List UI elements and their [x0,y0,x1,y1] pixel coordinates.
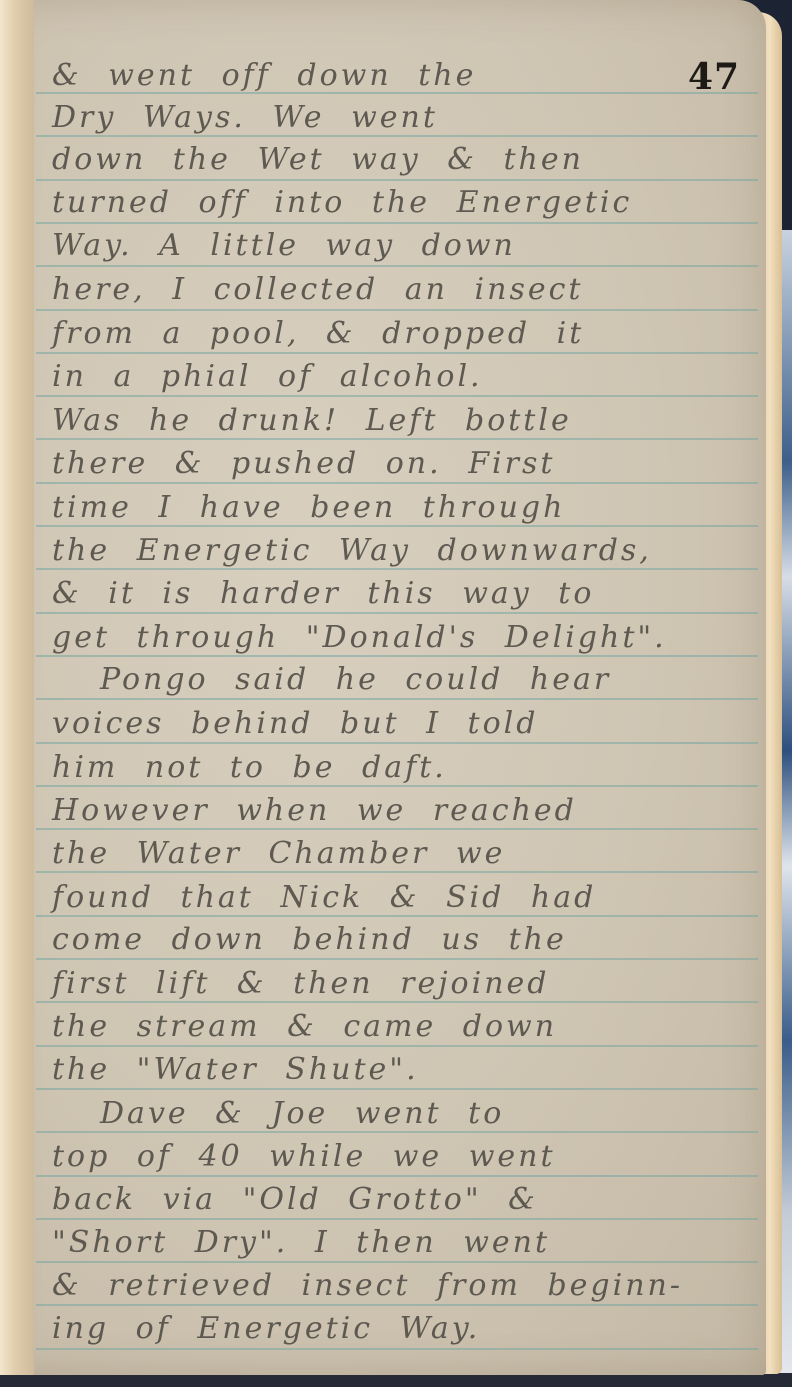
text-line: Dry Ways. We went [52,100,752,135]
text-line: "Short Dry". I then went [52,1225,752,1260]
text-line: Way. A little way down [52,228,752,263]
ruled-line [36,482,758,484]
text-line: time I have been through [52,490,752,525]
text-line: him not to be daft. [52,750,752,785]
text-line: voices behind but I told [52,706,752,741]
text-line: the "Water Shute". [52,1052,752,1087]
ruled-line [36,438,758,440]
ruled-line [36,742,758,744]
ruled-line [36,1261,758,1263]
ruled-line [36,958,758,960]
text-line: the Water Chamber we [52,836,752,871]
text-line: & it is harder this way to [52,576,752,611]
ruled-line [36,828,758,830]
ruled-line [36,568,758,570]
ruled-line [36,1001,758,1003]
text-line: & retrieved insect from beginn- [52,1268,752,1303]
text-line: the stream & came down [52,1009,752,1044]
ruled-line [36,1304,758,1306]
ruled-line [36,1218,758,1220]
ruled-line [36,525,758,527]
text-line: in a phial of alcohol. [52,359,752,394]
ruled-line [36,612,758,614]
ruled-line [36,1175,758,1177]
page-binding-margin [0,0,34,1375]
text-line: there & pushed on. First [52,446,752,481]
text-line: However when we reached [52,793,752,828]
ruled-line [36,222,758,224]
ruled-line [36,265,758,267]
text-line: back via "Old Grotto" & [52,1182,752,1217]
ruled-line [36,698,758,700]
text-line: Pongo said he could hear [100,662,792,697]
text-line: ing of Energetic Way. [52,1311,752,1346]
background-cloth-bottom [0,1373,792,1387]
ruled-line [36,395,758,397]
ruled-line [36,135,758,137]
text-line: Dave & Joe went to [100,1096,792,1131]
text-line: down the Wet way & then [52,142,752,177]
text-line: found that Nick & Sid had [52,880,752,915]
text-line: Was he drunk! Left bottle [52,403,752,438]
text-line: first lift & then rejoined [52,966,752,1001]
ruled-line [36,179,758,181]
ruled-line [36,1131,758,1133]
ruled-line [36,1088,758,1090]
ruled-line [36,785,758,787]
text-line: turned off into the Energetic [52,185,752,220]
text-line: & went off down the [52,58,752,93]
ruled-line [36,352,758,354]
ruled-line [36,309,758,311]
notebook-page: 47 & went off down the Dry Ways. We went… [0,0,766,1375]
text-line: here, I collected an insect [52,272,752,307]
ruled-line [36,655,758,657]
ruled-line [36,871,758,873]
text-line: get through "Donald's Delight". [52,620,752,655]
text-line: come down behind us the [52,922,752,957]
ruled-line [36,1045,758,1047]
ruled-line [36,1348,758,1350]
text-line: the Energetic Way downwards, [52,533,752,568]
text-line: from a pool, & dropped it [52,316,752,351]
text-line: top of 40 while we went [52,1139,752,1174]
